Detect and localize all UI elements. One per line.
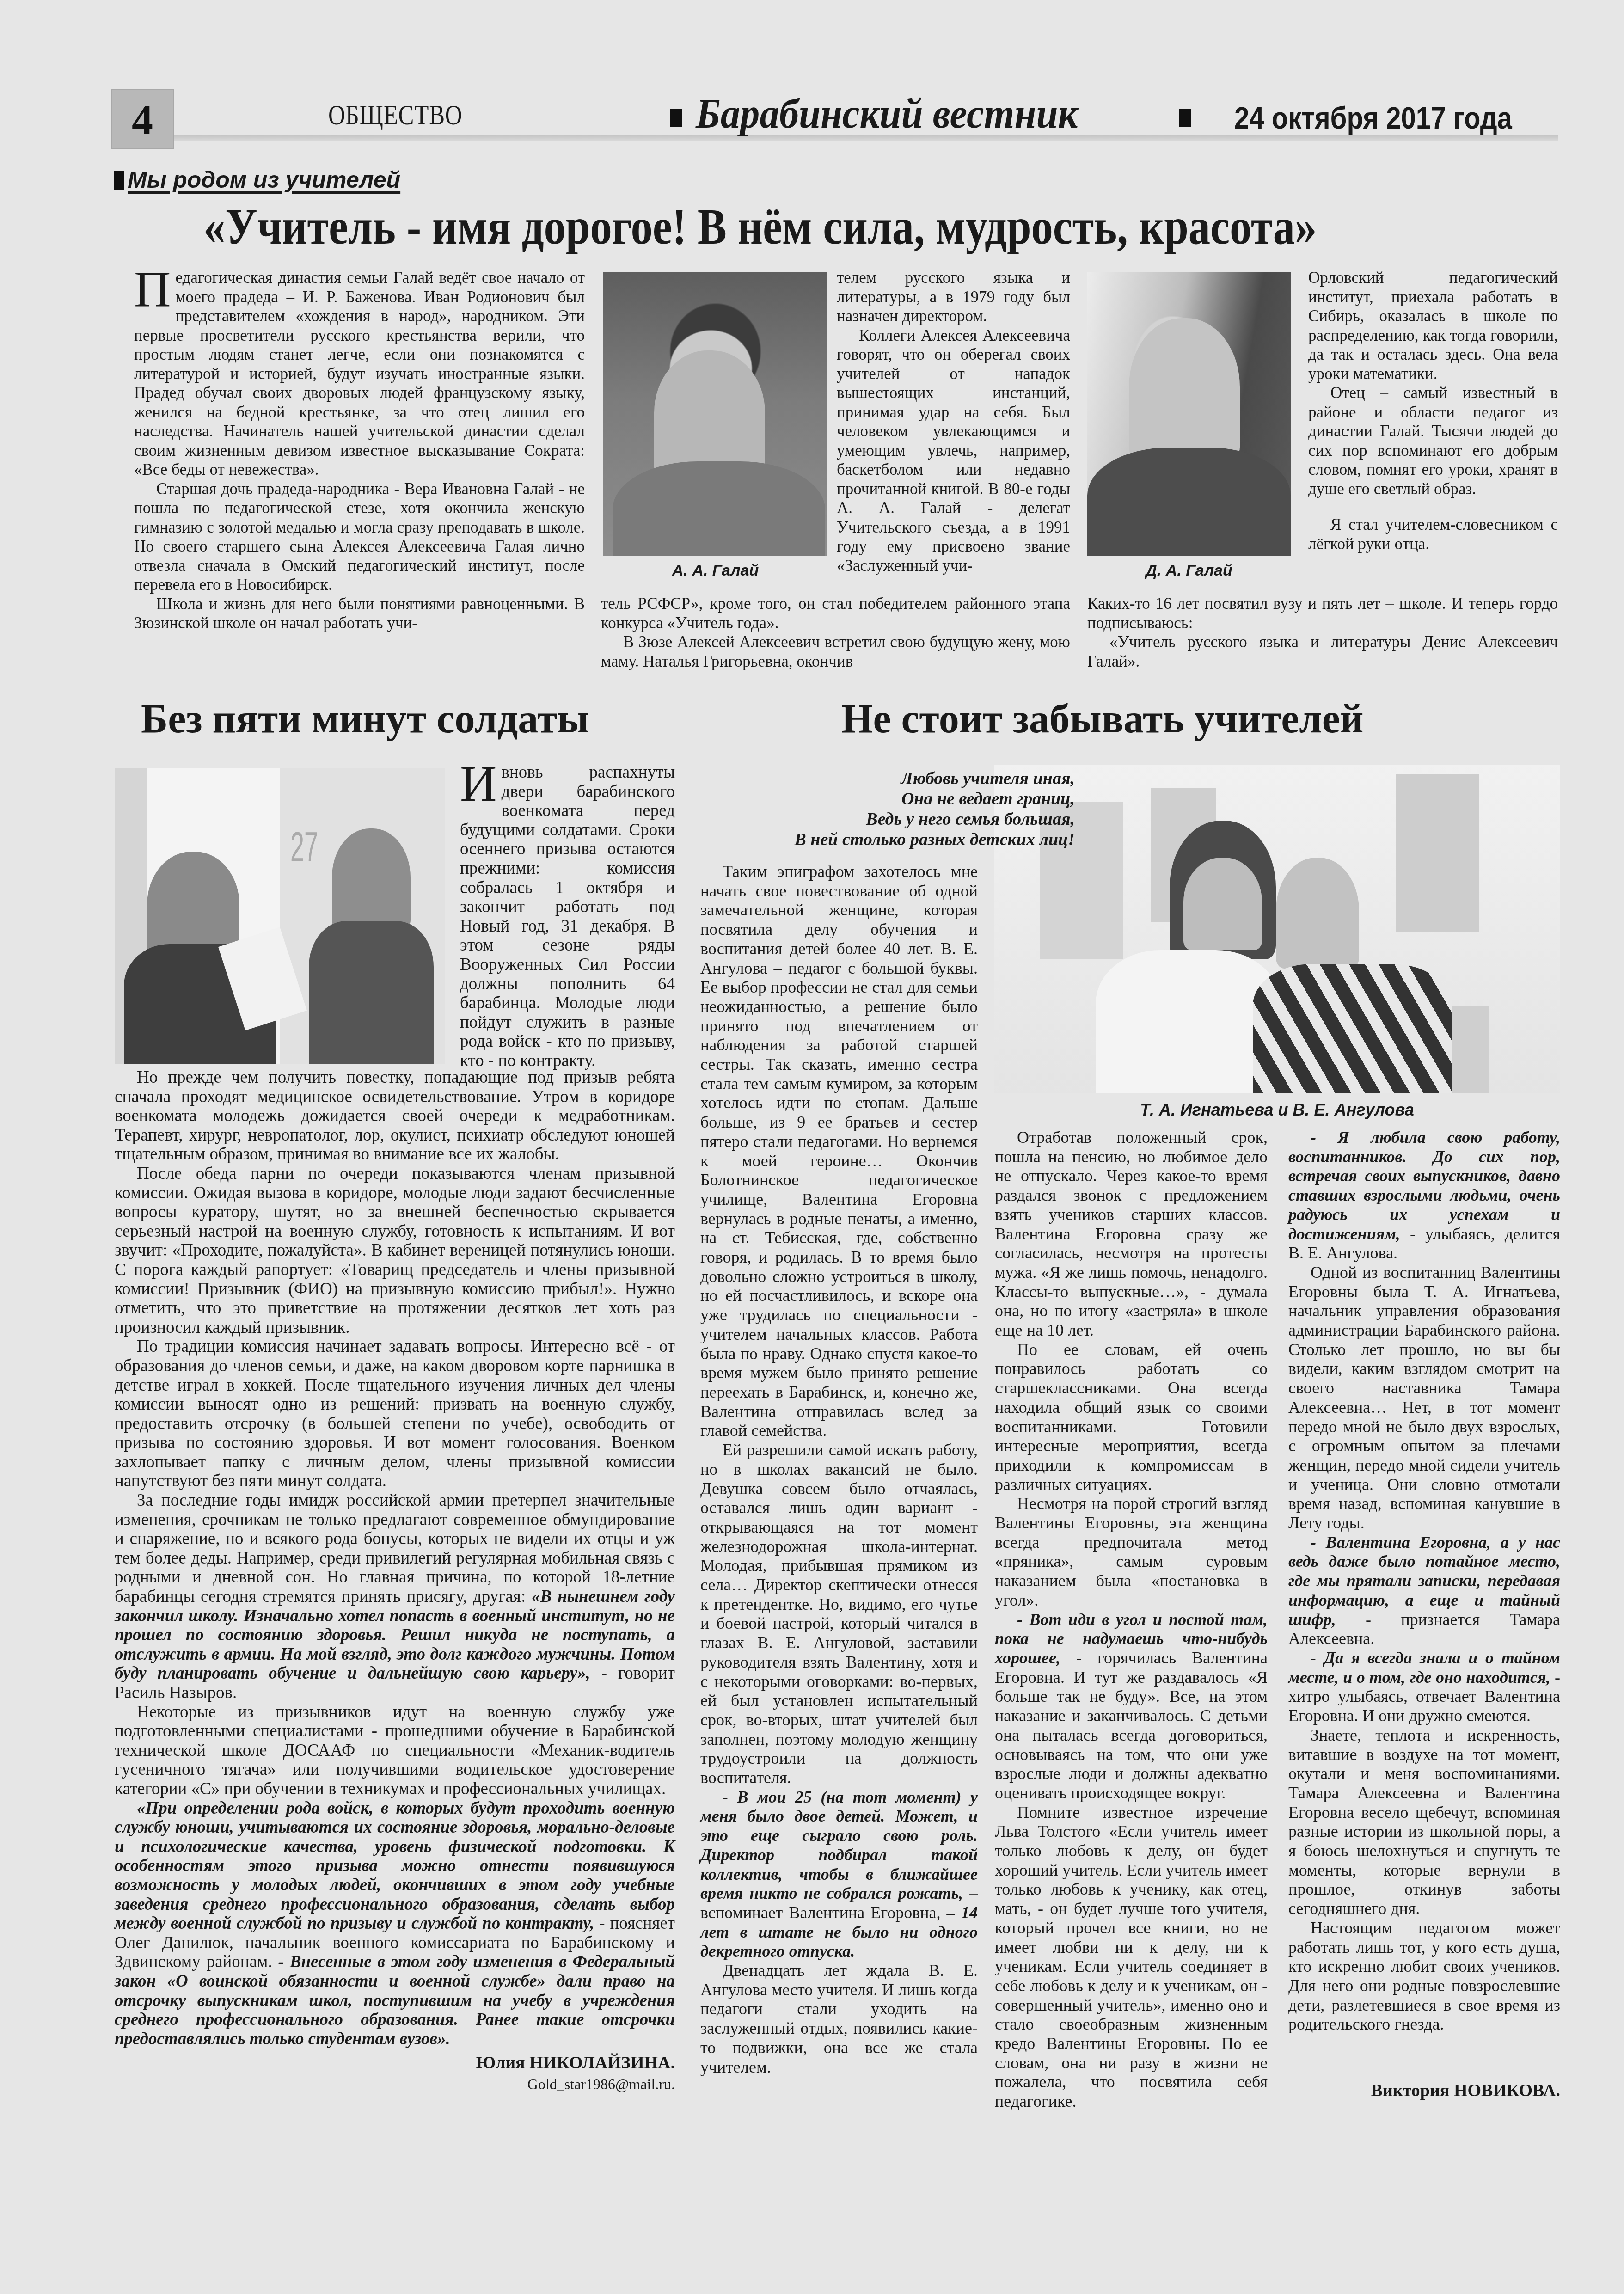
article-headline: Без пяти минут солдаты: [141, 696, 589, 742]
elder-cardigan: [1253, 964, 1452, 1093]
paragraph: Двенадцать лет ждала В. Е. Ангулова мест…: [700, 1961, 978, 2077]
epigraph: Любовь учителя иная, Она не ведает грани…: [698, 768, 1075, 850]
paragraph: Отец – самый известный в районе и област…: [1308, 383, 1558, 498]
author-email[interactable]: Gold_star1986@mail.ru.: [370, 2076, 675, 2093]
paragraph: Коллеги Алексея Алексеевича говорят, что…: [837, 326, 1070, 576]
paragraph: За последние годы имидж российской армии…: [115, 1491, 675, 1703]
article-column: Таким эпиграфом захотелось мне начать св…: [700, 862, 978, 2077]
section-name: ОБЩЕСТВО: [328, 99, 462, 132]
portrait-jacket: [613, 461, 825, 556]
portrait-face: [654, 350, 765, 480]
drop-cap: И: [460, 765, 496, 803]
elder-face: [1276, 858, 1359, 969]
article-column: тель РСФСР», кроме того, он стал победит…: [601, 594, 1070, 671]
paragraph: Но прежде чем получить повестку, попадаю…: [115, 1068, 675, 1164]
epigraph-line: Ведь у него семья большая,: [698, 809, 1075, 829]
rubric: Мы родом из учителей: [114, 166, 400, 193]
recruit-head: [332, 828, 411, 930]
square-bullet-icon: [670, 109, 682, 127]
paragraph: Орловский педагогический институт, приех…: [1308, 268, 1558, 383]
paragraph: - Да я всегда знала и о тайном месте, и …: [1288, 1649, 1560, 1726]
paragraph: Ивновь распахнуты двери барабинского вое…: [460, 763, 675, 1071]
article-headline: Не стоит забывать учителей: [841, 696, 1363, 742]
paragraph: По традиции комиссия начинает задавать в…: [115, 1337, 675, 1491]
square-bullet-icon: [114, 171, 124, 190]
square-bullet-icon: [1179, 109, 1191, 127]
article-column: Отработав положенный срок, пошла на пенс…: [995, 1128, 1268, 2111]
paragraph: Я стал учителем-словесником с лёгкой рук…: [1308, 515, 1558, 553]
paragraph: телем русского языка и литературы, а в 1…: [837, 268, 1070, 326]
author-byline: Виктория НОВИКОВА.: [1288, 2080, 1560, 2101]
photo-caption: Д. А. Галай: [1087, 562, 1291, 580]
photo-da-galai: [1087, 272, 1291, 556]
photo-military-commissariat: 27: [115, 768, 445, 1064]
paragraph: «При определении рода войск, в которых б…: [115, 1799, 675, 2049]
page-number: 4: [111, 89, 174, 149]
paragraph: Педагогическая династия семьи Галай ведё…: [134, 268, 585, 479]
photo-teachers: [994, 765, 1560, 1093]
issue-date: 24 октября 2017 года: [1234, 100, 1512, 135]
door-number: 27: [290, 824, 318, 871]
paragraph: тель РСФСР», кроме того, он стал победит…: [601, 594, 1070, 632]
paragraph: Одной из воспитанниц Валентины Егоровны …: [1288, 1263, 1560, 1533]
paragraph: Знаете, теплота и искренность, витавшие …: [1288, 1726, 1560, 1919]
paragraph: По ее словам, ей очень понравилось работ…: [995, 1340, 1268, 1495]
photo-aa-galai: [603, 272, 827, 556]
drop-cap: П: [134, 270, 171, 308]
paragraph: Школа и жизнь для него были понятиями ра…: [134, 595, 585, 633]
woman-face: [1183, 858, 1262, 950]
paragraph: Отработав положенный срок, пошла на пенс…: [995, 1128, 1268, 1340]
paragraph: В Зюзе Алексей Алексеевич встретил свою …: [601, 632, 1070, 671]
epigraph-line: Она не ведает границ,: [698, 789, 1075, 809]
article-column: Каких-то 16 лет посвятил вузу и пять лет…: [1087, 594, 1558, 671]
paragraph: Старшая дочь прадеда-народника - Вера Ив…: [134, 479, 585, 595]
paragraph: После обеда парни по очереди показываютс…: [115, 1164, 675, 1337]
portrait-face: [1129, 318, 1240, 461]
paragraph: - Вот иди в угол и постой там, пока не н…: [995, 1610, 1268, 1803]
article-headline: «Учитель - имя дорогое! В нём сила, мудр…: [203, 196, 1301, 257]
paragraph: - Я любила свою работу, воспитанников. Д…: [1288, 1128, 1560, 1263]
paragraph: Каких-то 16 лет посвятил вузу и пять лет…: [1087, 594, 1558, 632]
paragraph: Помните известное изречение Льва Толстог…: [995, 1803, 1268, 2111]
article-column: Ивновь распахнуты двери барабинского вое…: [460, 763, 675, 1071]
article-column: Педагогическая династия семьи Галай ведё…: [134, 268, 585, 633]
paragraph: Таким эпиграфом захотелось мне начать св…: [700, 862, 978, 1441]
paragraph: - В мои 25 (на тот момент) у меня было д…: [700, 1788, 978, 1961]
author-byline: Юлия НИКОЛАЙЗИНА.: [370, 2053, 675, 2073]
epigraph-line: Любовь учителя иная,: [698, 768, 1075, 789]
paragraph: «Учитель русского языка и литературы Ден…: [1087, 632, 1558, 671]
recruit-sweater: [309, 921, 434, 1064]
photo-caption: А. А. Галай: [603, 562, 827, 580]
paragraph: Настоящим педагогом может работать лишь …: [1288, 1919, 1560, 2034]
article-column: телем русского языка и литературы, а в 1…: [837, 268, 1070, 575]
portrait-suit: [1087, 448, 1291, 556]
paragraph: Несмотря на порой строгий взгляд Валенти…: [995, 1494, 1268, 1610]
page-header: 4 ОБЩЕСТВО Барабинский вестник 24 октябр…: [111, 89, 1558, 153]
photo-caption: Т. А. Игнатьева и В. Е. Ангулова: [994, 1100, 1560, 1120]
rubric-label: Мы родом из учителей: [128, 167, 400, 193]
epigraph-line: В ней столько разных детских лиц!: [698, 829, 1075, 850]
paragraph: - Валентина Егоровна, а у нас ведь даже …: [1288, 1533, 1560, 1649]
newspaper-title: Барабинский вестник: [696, 89, 1078, 138]
paragraph: Ей разрешили самой искать работу, но в ш…: [700, 1441, 978, 1788]
article-column: - Я любила свою работу, воспитанников. Д…: [1288, 1128, 1560, 2034]
paragraph: Некоторые из призывников идут на военную…: [115, 1703, 675, 1799]
wall-portrait: [1396, 774, 1479, 932]
article-column: Но прежде чем получить повестку, попадаю…: [115, 1068, 675, 2049]
article-column: Орловский педагогический институт, приех…: [1308, 268, 1558, 553]
